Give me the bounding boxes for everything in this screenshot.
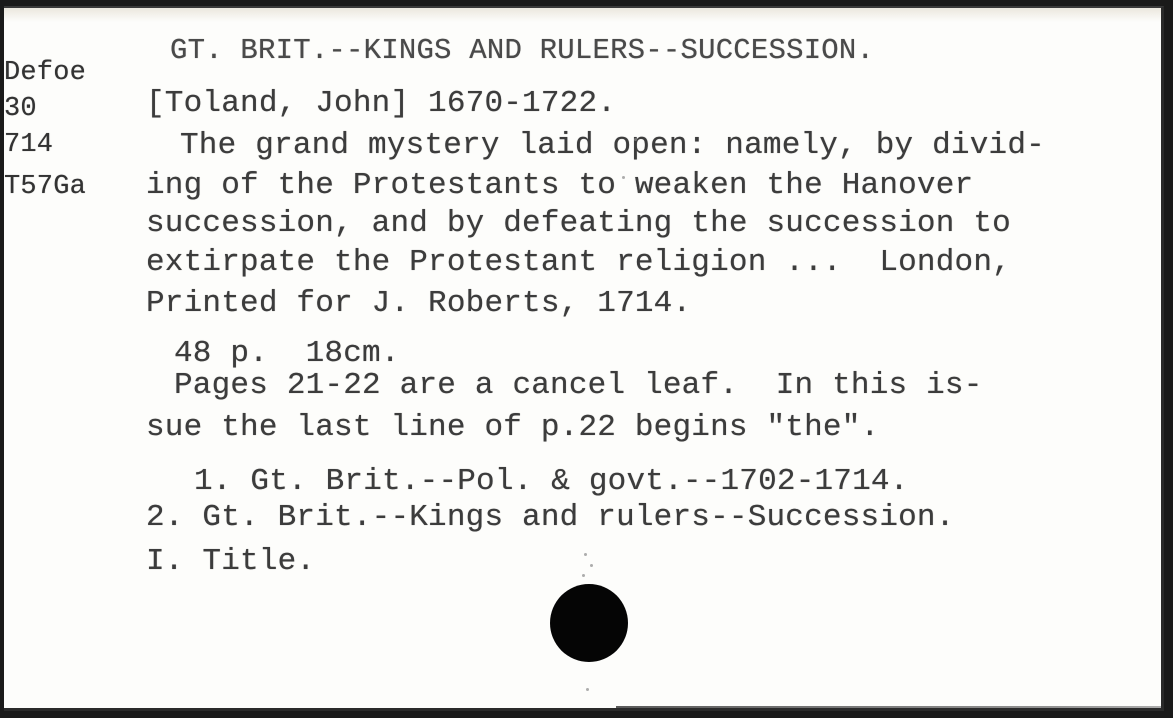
speck: [582, 574, 585, 577]
collation: 48 p. 18cm.: [174, 338, 400, 369]
speck: [590, 564, 593, 567]
edge-scuff: [616, 706, 1164, 711]
title-line-3: succession, and by defeating the success…: [146, 208, 1011, 239]
title-line-1: The grand mystery laid open: namely, by …: [180, 130, 1045, 161]
note-line-1: Pages 21-22 are a cancel leaf. In this i…: [174, 370, 983, 401]
subject-heading: GT. BRIT.--KINGS AND RULERS--SUCCESSION.: [170, 36, 874, 65]
call-number-line-1: Defoe: [4, 60, 86, 87]
call-number-line-3: 714: [4, 132, 53, 159]
author-line: [Toland, John] 1670-1722.: [146, 88, 616, 119]
speck: [584, 553, 587, 556]
call-number-line-2: 30: [4, 96, 37, 123]
tracing-2: 2. Gt. Brit.--Kings and rulers--Successi…: [146, 502, 955, 533]
title-line-4: extirpate the Protestant religion ... Lo…: [146, 247, 1011, 278]
tracing-1: 1. Gt. Brit.--Pol. & govt.--1702-1714.: [194, 466, 909, 497]
punched-hole: [550, 584, 628, 662]
speck: [634, 138, 637, 141]
call-number-line-4: T57Ga: [4, 174, 86, 201]
note-line-2: sue the last line of p.22 begins "the".: [146, 412, 879, 443]
speck: [586, 688, 589, 691]
title-line-2: ing of the Protestants to weaken the Han…: [146, 170, 973, 201]
imprint-line: Printed for J. Roberts, 1714.: [146, 288, 691, 319]
tracing-3: I. Title.: [146, 546, 315, 577]
speck: [622, 176, 625, 179]
catalog-card: Defoe 30 714 T57Ga GT. BRIT.--KINGS AND …: [4, 6, 1164, 711]
